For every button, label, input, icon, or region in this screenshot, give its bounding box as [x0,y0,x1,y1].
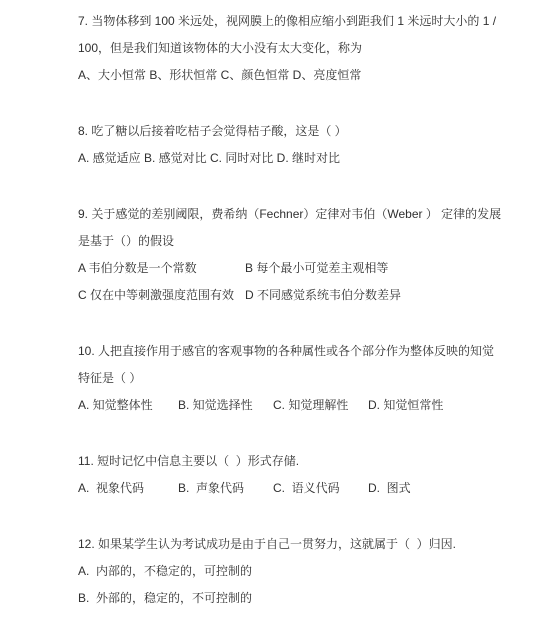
question-12-option-b: B. 外部的，稳定的，不可控制的 [78,585,534,612]
question-11-option-d: D. 图式 [368,475,534,502]
question-10-text-line-2: 特征是（ ） [78,365,534,392]
question-9-text-line-1: 9. 关于感觉的差别阈限，费希纳（Fechner）定律对韦伯（Weber ） 定… [78,201,534,228]
question-7-options: A、大小恒常 B、形状恒常 C、颜色恒常 D、亮度恒常 [78,62,534,89]
question-7-text-line-2: 100，但是我们知道该物体的大小没有太大变化，称为 [78,35,534,62]
question-8: 8. 吃了糖以后接着吃桔子会觉得桔子酸，这是（ ） A. 感觉适应 B. 感觉对… [78,118,534,172]
question-9: 9. 关于感觉的差别阈限，费希纳（Fechner）定律对韦伯（Weber ） 定… [78,201,534,309]
question-7-text-line-1: 7. 当物体移到 100 米远处，视网膜上的像相应缩小到距我们 1 米远时大小的… [78,8,534,35]
question-10-text-line-1: 10. 人把直接作用于感官的客观事物的各种属性或各个部分作为整体反映的知觉 [78,338,534,365]
question-10-option-c: C. 知觉理解性 [273,392,368,419]
question-9-option-c: C 仅在中等刺激强度范围有效 [78,282,245,309]
question-9-option-b: B 每个最小可觉差主观相等 [245,255,534,282]
question-8-text-line-1: 8. 吃了糖以后接着吃桔子会觉得桔子酸，这是（ ） [78,118,534,145]
exam-page: 7. 当物体移到 100 米远处，视网膜上的像相应缩小到距我们 1 米远时大小的… [0,0,554,636]
question-11-text-line-1: 11. 短时记忆中信息主要以（ ）形式存储. [78,448,534,475]
question-9-option-d: D 不同感觉系统韦伯分数差异 [245,282,534,309]
question-11-option-a: A. 视象代码 [78,475,178,502]
question-12: 12. 如果某学生认为考试成功是由于自己一贯努力，这就属于（ ）归因. A. 内… [78,531,534,612]
question-11-option-c: C. 语义代码 [273,475,368,502]
question-9-text-line-2: 是基于（）的假设 [78,228,534,255]
question-10: 10. 人把直接作用于感官的客观事物的各种属性或各个部分作为整体反映的知觉 特征… [78,338,534,419]
question-8-options: A. 感觉适应 B. 感觉对比 C. 同时对比 D. 继时对比 [78,145,534,172]
question-11-option-b: B. 声象代码 [178,475,273,502]
question-9-option-a: A 韦伯分数是一个常数 [78,255,245,282]
question-10-option-a: A. 知觉整体性 [78,392,178,419]
question-7: 7. 当物体移到 100 米远处，视网膜上的像相应缩小到距我们 1 米远时大小的… [78,8,534,89]
question-9-options-row-2: C 仅在中等刺激强度范围有效 D 不同感觉系统韦伯分数差异 [78,282,534,309]
question-10-options-row: A. 知觉整体性 B. 知觉选择性 C. 知觉理解性 D. 知觉恒常性 [78,392,534,419]
question-11-options-row: A. 视象代码 B. 声象代码 C. 语义代码 D. 图式 [78,475,534,502]
question-9-options-row-1: A 韦伯分数是一个常数 B 每个最小可觉差主观相等 [78,255,534,282]
question-10-option-b: B. 知觉选择性 [178,392,273,419]
question-12-option-a: A. 内部的，不稳定的，可控制的 [78,558,534,585]
question-10-option-d: D. 知觉恒常性 [368,392,534,419]
question-11: 11. 短时记忆中信息主要以（ ）形式存储. A. 视象代码 B. 声象代码 C… [78,448,534,502]
question-12-text-line-1: 12. 如果某学生认为考试成功是由于自己一贯努力，这就属于（ ）归因. [78,531,534,558]
